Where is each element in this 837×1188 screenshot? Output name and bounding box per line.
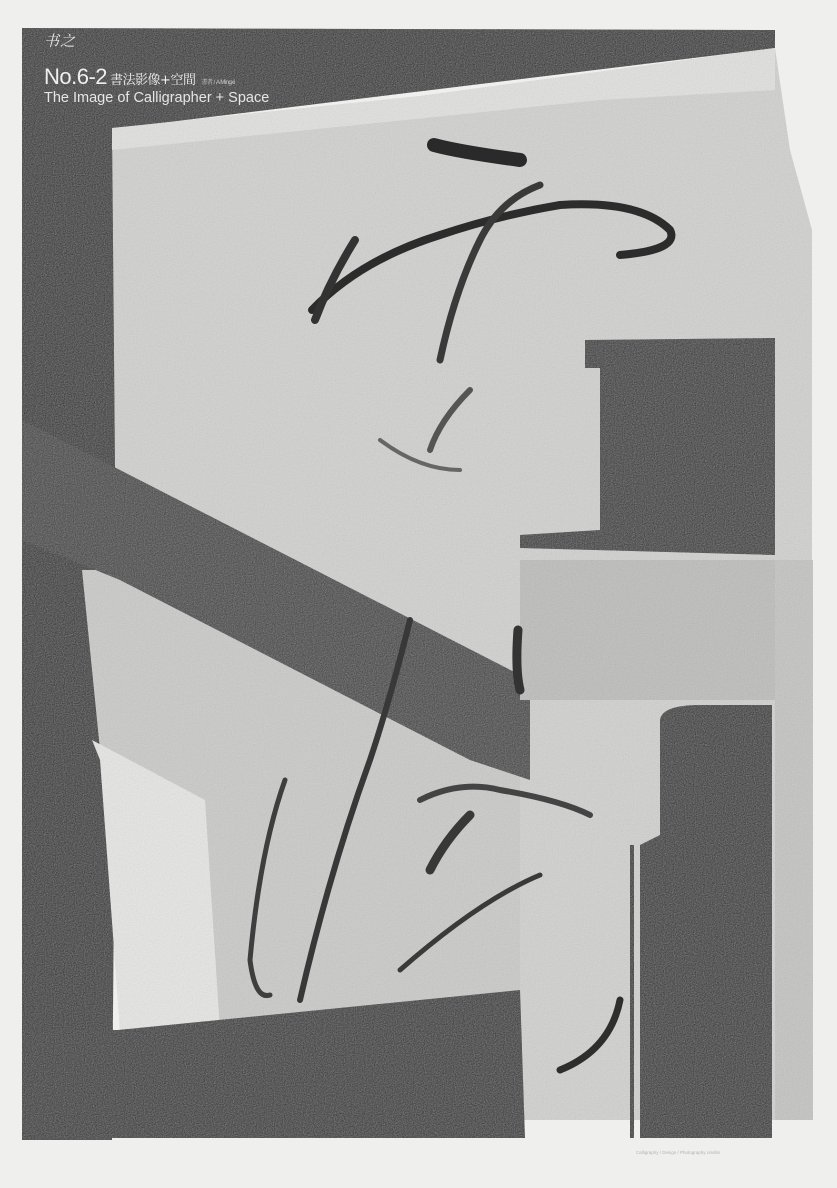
credit-line: Calligraphy / Design / Photography credi… (636, 1150, 720, 1155)
poster-title: No.6-2書法影像+空間書者 / A Mingxi (44, 64, 235, 90)
poster-artwork (0, 0, 837, 1188)
poster-title-note: 書者 / A Mingxi (201, 80, 234, 86)
brand-logo: 书之 (44, 30, 76, 51)
poster-subtitle: The Image of Calligrapher + Space (44, 90, 269, 106)
calligraphy-poster: 书之 No.6-2書法影像+空間書者 / A Mingxi The Image … (0, 0, 837, 1188)
poster-number: No.6-2 (44, 64, 107, 89)
poster-title-chinese: 書法影像+空間 (110, 73, 195, 88)
